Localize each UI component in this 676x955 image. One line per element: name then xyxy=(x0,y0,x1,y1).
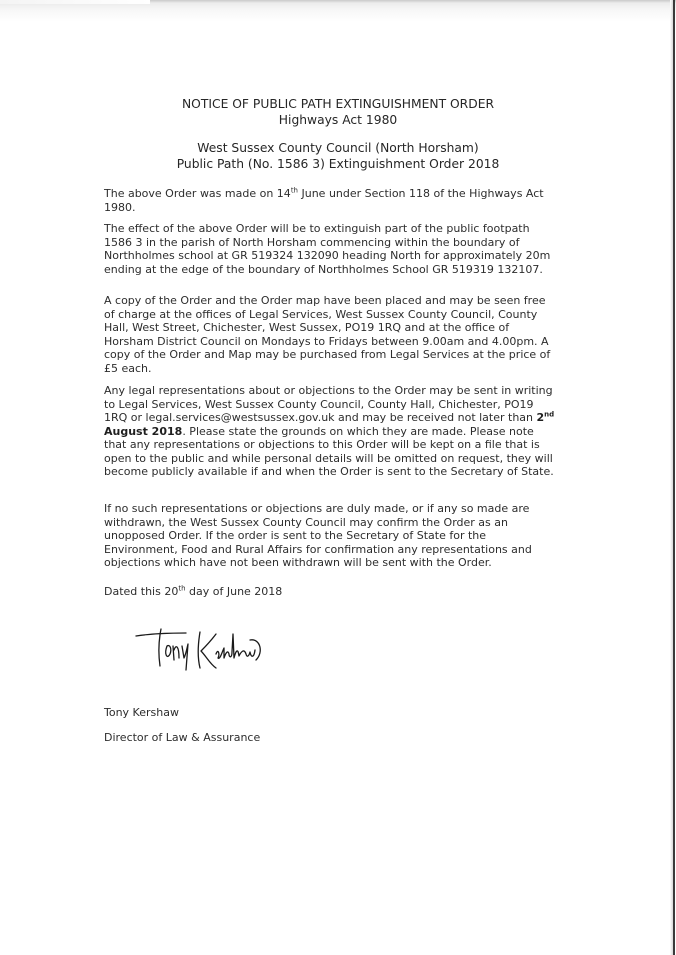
text: become publicly available if and when th… xyxy=(104,465,624,479)
text: A copy of the Order and the Order map ha… xyxy=(104,294,624,308)
text: The above Order was made on 14 xyxy=(104,187,291,200)
ordinal-suffix: nd xyxy=(544,410,554,418)
paragraph-representations: Any legal representations about or objec… xyxy=(104,384,624,479)
notice-page: NOTICE OF PUBLIC PATH EXTINGUISHMENT ORD… xyxy=(0,0,676,955)
paragraph-effect: The effect of the above Order will be to… xyxy=(104,222,624,276)
paragraph-no-objections: If no such representations or objections… xyxy=(104,502,624,570)
paragraph-copy-availability: A copy of the Order and the Order map ha… xyxy=(104,294,624,375)
deadline-month-year: August 2018 xyxy=(104,425,182,438)
text: Any legal representations about or objec… xyxy=(104,384,624,398)
text: June under Section 118 of the Highways A… xyxy=(298,187,544,200)
paragraph-order-made: The above Order was made on 14th June un… xyxy=(104,187,624,214)
text: . Please state the grounds on which they… xyxy=(182,425,534,438)
text: Dated this 20 xyxy=(104,585,178,598)
text: Environment, Food and Rural Affairs for … xyxy=(104,543,624,557)
text: ending at the edge of the boundary of No… xyxy=(104,263,624,277)
handwritten-signature-icon xyxy=(134,624,264,674)
text: 1980. xyxy=(104,201,624,215)
text: day of June 2018 xyxy=(186,585,283,598)
text: to Legal Services, West Sussex County Co… xyxy=(104,398,624,412)
text: copy of the Order and Map may be purchas… xyxy=(104,348,624,362)
text: If no such representations or objections… xyxy=(104,502,624,516)
order-subtitle: West Sussex County Council (North Horsha… xyxy=(0,141,676,172)
text: £5 each. xyxy=(104,362,624,376)
notice-title-line2: Highways Act 1980 xyxy=(0,113,676,129)
text: unopposed Order. If the order is sent to… xyxy=(104,529,624,543)
order-subtitle-line1: West Sussex County Council (North Horsha… xyxy=(0,141,676,157)
text: objections which have not been withdrawn… xyxy=(104,556,624,570)
order-subtitle-line2: Public Path (No. 1586 3) Extinguishment … xyxy=(0,157,676,173)
notice-title-line1: NOTICE OF PUBLIC PATH EXTINGUISHMENT ORD… xyxy=(0,97,676,113)
text: 1586 3 in the parish of North Horsham co… xyxy=(104,236,624,250)
text: 1RQ or legal.services@westsussex.gov.uk … xyxy=(104,411,537,424)
ordinal-suffix: th xyxy=(178,584,185,592)
text: of charge at the offices of Legal Servic… xyxy=(104,308,624,322)
ordinal-suffix: th xyxy=(291,186,298,194)
signatory-name: Tony Kershaw xyxy=(104,706,179,719)
text: Horsham District Council on Mondays to F… xyxy=(104,335,624,349)
dated-line: Dated this 20th day of June 2018 xyxy=(104,585,624,599)
text: Hall, West Street, Chichester, West Suss… xyxy=(104,321,624,335)
notice-title: NOTICE OF PUBLIC PATH EXTINGUISHMENT ORD… xyxy=(0,97,676,128)
text: Northholmes school at GR 519324 132090 h… xyxy=(104,249,624,263)
text: that any representations or objections t… xyxy=(104,438,624,452)
text: withdrawn, the West Sussex County Counci… xyxy=(104,516,624,530)
text: open to the public and while personal de… xyxy=(104,452,624,466)
text: The effect of the above Order will be to… xyxy=(104,222,624,236)
signatory-position: Director of Law & Assurance xyxy=(104,731,260,744)
